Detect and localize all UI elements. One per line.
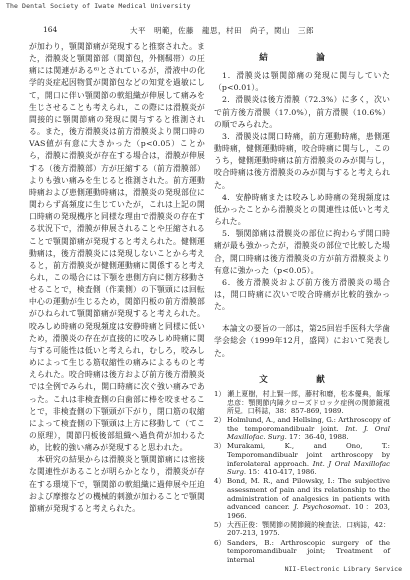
conclusion-item: 6．後方滑膜炎および前方後方滑膜炎の場合は，開口時痛に次いで咬合時痛が比較的強か…: [214, 277, 390, 313]
reference-item: 2）Holmlund, A., and Hellsing, G.: Arthro…: [214, 416, 390, 442]
conclusion-item: 3．滑膜炎は開口時痛，前方運動時痛，患側運動時痛，健側運動時痛，咬合時痛に関与し…: [214, 131, 390, 192]
reference-item: 1）瀬上夏樹，村上賢一郎，藤村和磨，松本優典，飯塚忠彦：顎関節内障クローズドロッ…: [214, 390, 390, 416]
reference-list: 1）瀬上夏樹，村上賢一郎，藤村和磨，松本優典，飯塚忠彦：顎関節内障クローズドロッ…: [214, 390, 390, 564]
reference-item: 4）Bond, M. R., and Pilowsky, I.: The sub…: [214, 477, 390, 520]
left-column: が加わり，顎関節痛が発現すると推察された。また，滑膜炎と顎関節部（関節包，外側靱…: [29, 41, 205, 515]
site-header: The Dental Society of Iwate Medical Univ…: [6, 2, 191, 10]
discussion-paragraph: が加わり，顎関節痛が発現すると推察された。また，滑膜炎と顎関節部（関節包，外側靱…: [29, 41, 205, 454]
reference-item: 3）Murakami, K., and Ono, T.: Temporomand…: [214, 442, 390, 476]
conclusion-item: 2．滑膜炎は後方滑膜（72.3%）に多く，次いで前方後方滑膜（17.0%），前方…: [214, 94, 390, 130]
acknowledgement: 本論文の要旨の一部は，第25回岩手医科大学歯学会総会（1999年12月，盛岡）に…: [214, 323, 390, 359]
conclusion-item: 5．顎関節痛は滑膜炎の部位に拘わらず開口時痛が最も強かったが，滑膜炎の部位で比較…: [214, 228, 390, 277]
conclusion-title: 結 論: [214, 52, 390, 64]
footer-library-service: NII-Electronic Library Service: [285, 565, 402, 573]
running-head-authors: 大平 明範，佐藤 龍思，村田 尚子，関山 三郎: [130, 25, 314, 36]
conclusion-item: 4．安静時痛または咬みしめ時痛の発現頻度は低かったことから滑膜炎との関連性は低い…: [214, 192, 390, 228]
references-title: 文 献: [214, 374, 390, 386]
conclusion-item: 1．滑膜炎は顎関節痛の発現に関与していた（p<0.01）。: [214, 70, 390, 94]
discussion-paragraph: 本研究の結果からは滑膜炎と顎関節痛には密接な関連性があることが明らかとなり，滑膜…: [29, 454, 205, 515]
reference-item: 6）Sanders, B.: Arthroscopic surgery of t…: [214, 539, 390, 565]
reference-item: 5）大西正俊：顎関節の関節鏡的検査法．口病誌，42：207-213, 1975.: [214, 521, 390, 538]
right-column: 結 論 1．滑膜炎は顎関節痛の発現に関与していた（p<0.01）。 2．滑膜炎は…: [214, 41, 390, 565]
page-number: 164: [43, 25, 57, 34]
